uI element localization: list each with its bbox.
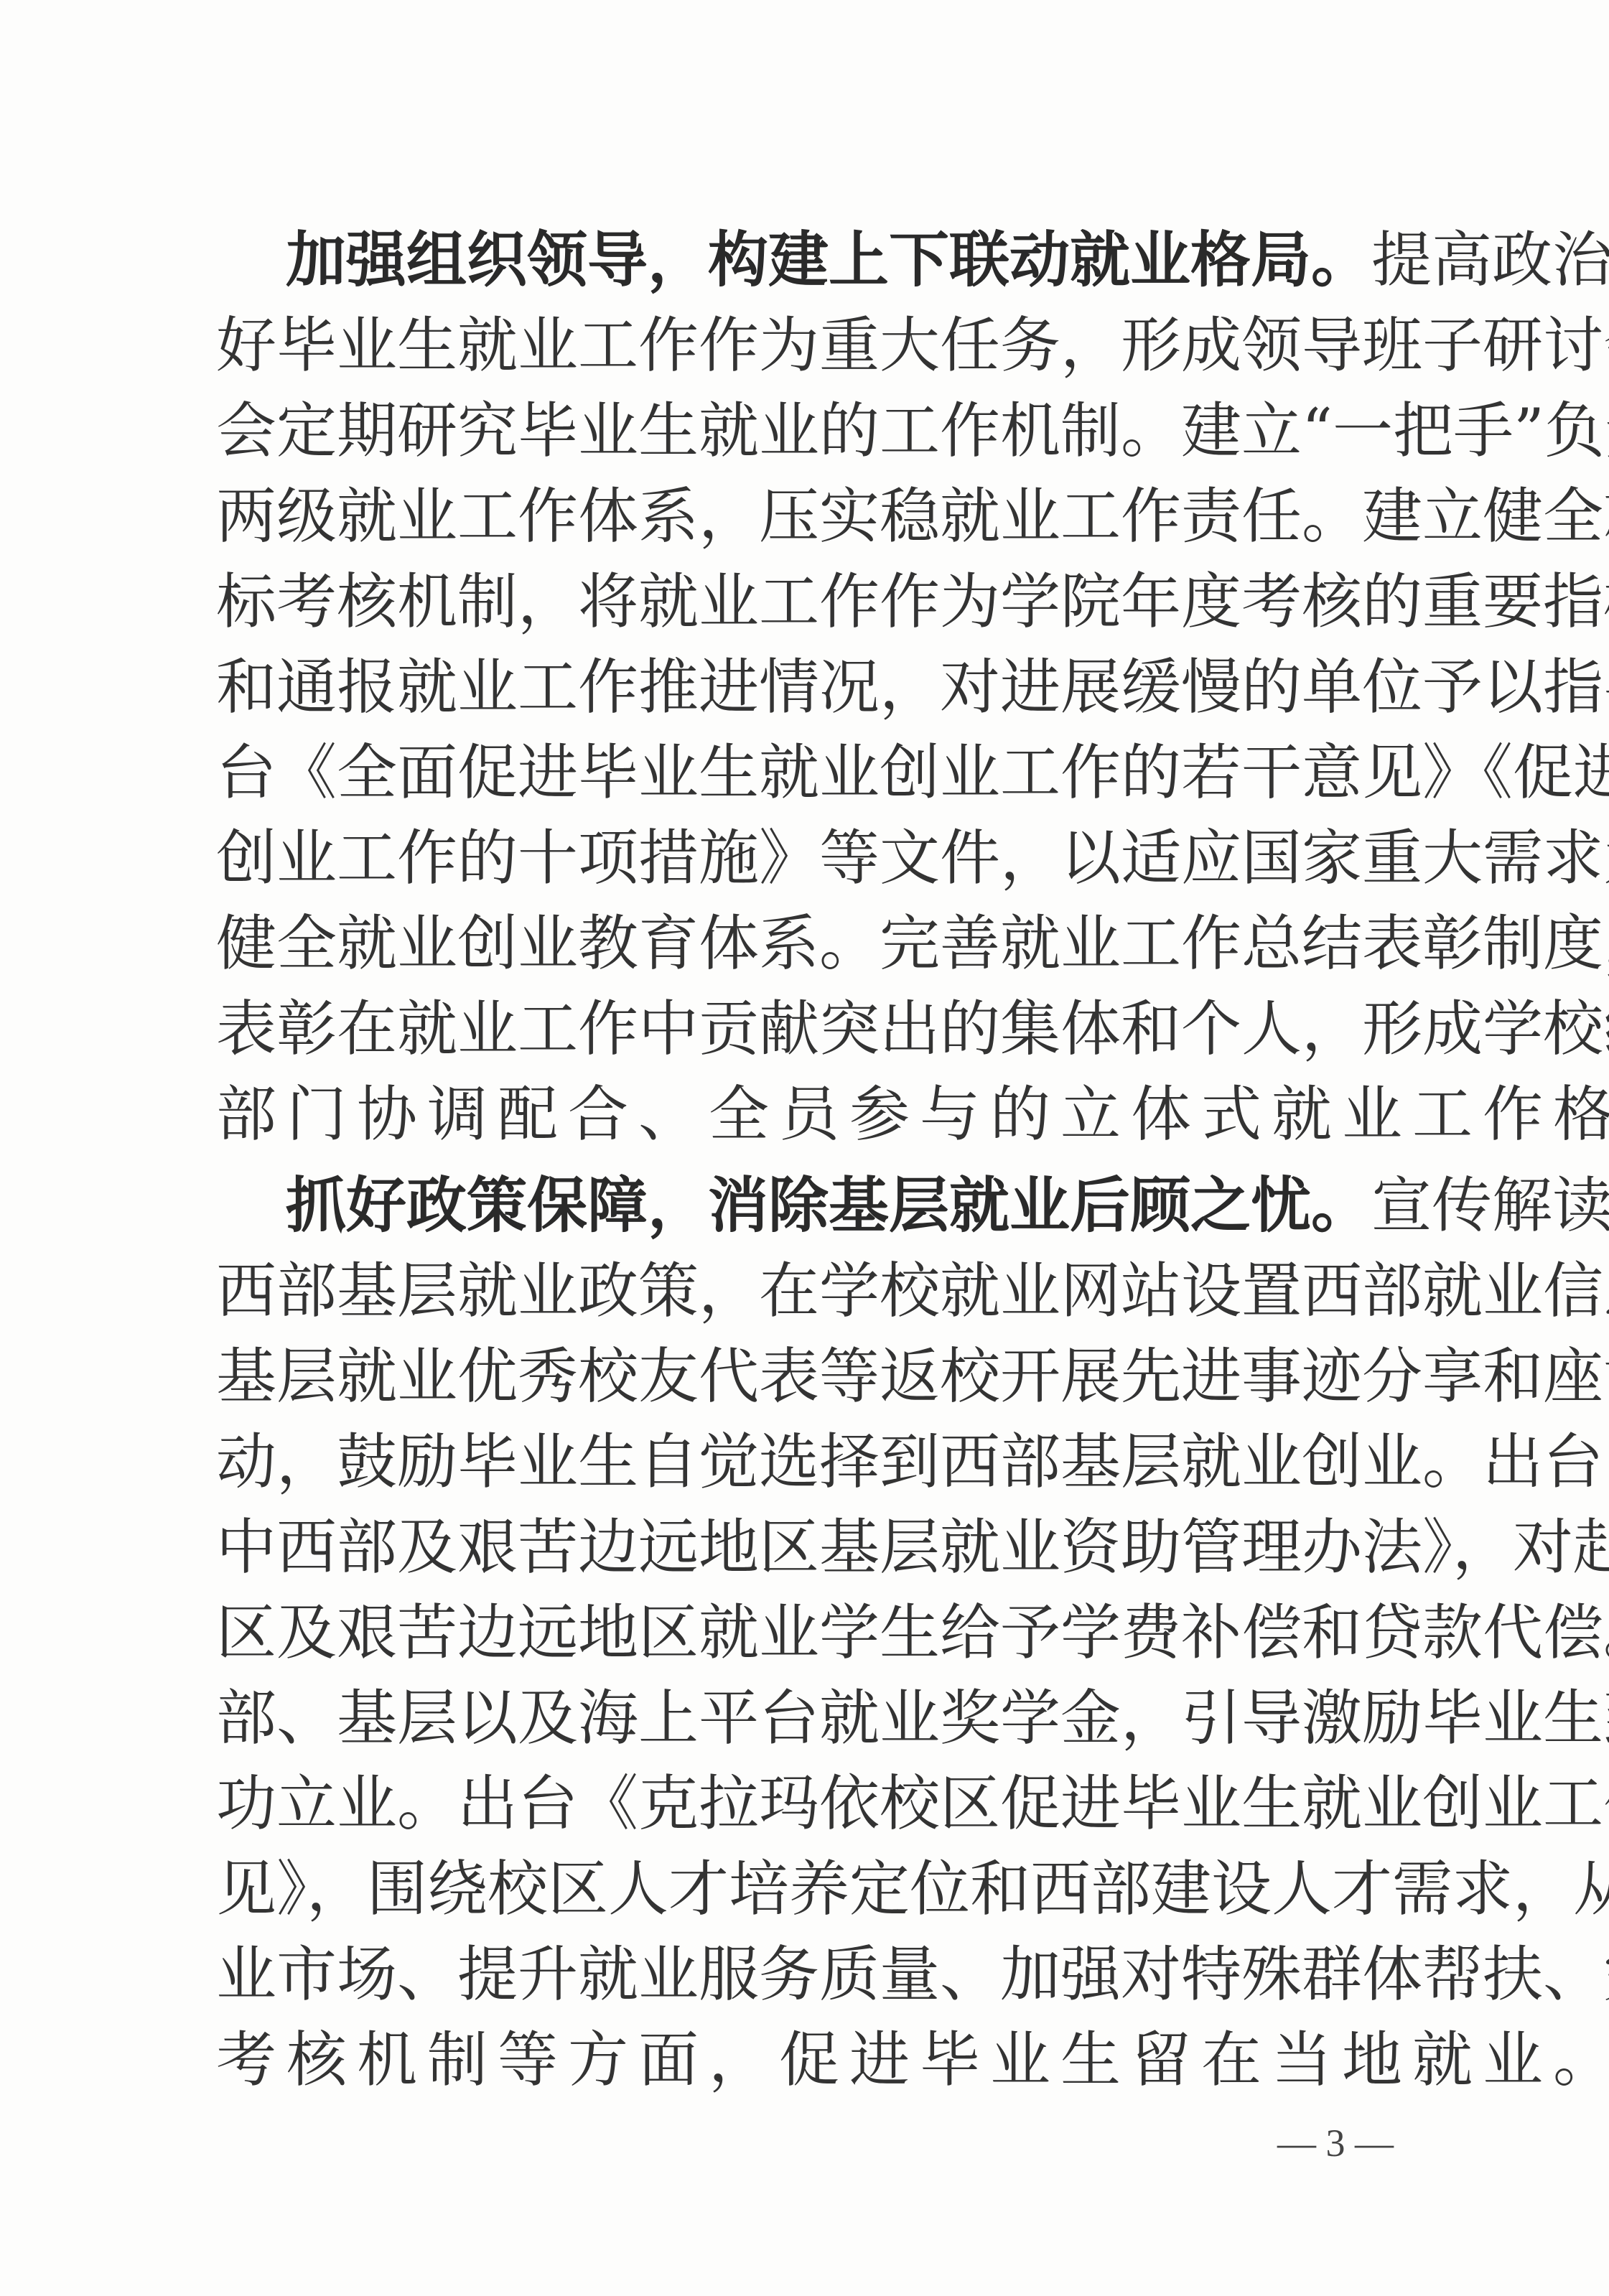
paragraph-2-line-6: 区及艰苦边远地区就业学生给予学费补偿和贷款代偿。设置赴西 [216,1590,1419,1676]
paragraph-2-heading: 抓好政策保障，消除基层就业后顾之忧。 [286,1170,1371,1241]
paragraph-1-line-3: 会定期研究毕业生就业的工作机制。建立“一把手”负责的校院 [216,388,1419,474]
paragraph-2-line-11: 考核机制等方面，促进毕业生留在当地就业。 [216,2017,1419,2103]
paragraph-2-line-2: 西部基层就业政策，在学校就业网站设置西部就业信息专栏，邀请 [216,1249,1419,1334]
paragraph-2-line-9: 见》，围绕校区人才培养定位和西部建设人才需求，从积极拓展就 [216,1847,1419,1932]
paragraph-2-line-1: 抓好政策保障，消除基层就业后顾之忧。宣传解读国家促进 [286,1163,1419,1249]
paragraph-1-heading: 加强组织领导，构建上下联动就业格局。 [286,225,1371,295]
paragraph-2-line-4: 动，鼓励毕业生自觉选择到西部基层就业创业。出台《毕业生赴 [216,1419,1419,1505]
paragraph-1-line-5: 标考核机制，将就业工作作为学院年度考核的重要指标，定期汇总 [216,559,1419,645]
paragraph-2-text: 宣传解读国家促进 [1371,1170,1609,1241]
paragraph-2-line-5: 中西部及艰苦边远地区基层就业资助管理办法》，对赴中西部地 [216,1505,1419,1590]
paragraph-1-line-4: 两级就业工作体系，压实稳就业工作责任。建立健全就业工作目 [216,474,1419,559]
paragraph-1-line-6: 和通报就业工作推进情况，对进展缓慢的单位予以指导督促。出 [216,645,1419,730]
paragraph-1-line-7: 台《全面促进毕业生就业创业工作的若干意见》《促进毕业生就业 [216,730,1419,816]
page-number: — 3 — [1249,2114,1422,2172]
paragraph-1-line-10: 表彰在就业工作中贡献突出的集体和个人，形成学校统筹领导、多 [216,986,1419,1072]
paragraph-2-line-10: 业市场、提升就业服务质量、加强对特殊群体帮扶、完善就业工作 [216,1932,1419,2017]
paragraph-2-line-7: 部、基层以及海上平台就业奖学金，引导激励毕业生到西部基层建 [216,1676,1419,1761]
document-page: 加强组织领导，构建上下联动就业格局。提高政治站位，把抓 好毕业生就业工作作为重大… [0,0,1609,2296]
paragraph-2-line-8: 功立业。出台《克拉玛依校区促进毕业生就业创业工作的若干意 [216,1761,1419,1847]
paragraph-1-text: 提高政治站位，把抓 [1371,225,1609,295]
paragraph-1-line-9: 健全就业创业教育体系。完善就业工作总结表彰制度，大力宣传 [216,901,1419,986]
paragraph-2-line-3: 基层就业优秀校友代表等返校开展先进事迹分享和座谈交流活 [216,1334,1419,1419]
paragraph-1-line-8: 创业工作的十项措施》等文件，以适应国家重大需求为导向，不断 [216,816,1419,901]
paragraph-1-line-1: 加强组织领导，构建上下联动就业格局。提高政治站位，把抓 [286,218,1419,303]
paragraph-1-line-11: 部门协调配合、全员参与的立体式就业工作格局。 [216,1072,1419,1157]
paragraph-1-line-2: 好毕业生就业工作作为重大任务，形成领导班子研讨会、校长办公 [216,303,1419,388]
